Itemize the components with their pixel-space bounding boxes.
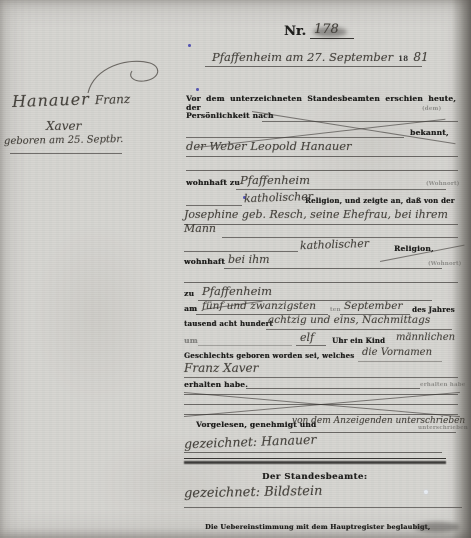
scanned-birth-record: Nr. 178 Pfaffenheim am 27. September 18 … xyxy=(0,0,471,538)
margin-name-line: Hanauer Franz xyxy=(12,88,131,111)
rule xyxy=(296,345,326,346)
form-standesbeamte: Der Standesbeamte: xyxy=(262,472,367,482)
separator-rule xyxy=(184,458,446,459)
rule xyxy=(184,414,458,415)
margin-forename: Franz xyxy=(95,92,131,107)
record-number-value: 178 xyxy=(314,22,339,37)
form-unterschrieben-small: unterschrieben xyxy=(418,425,468,431)
hw-birth-month: September xyxy=(344,300,402,312)
hw-declarant: der Weber Leopold Hanauer xyxy=(186,139,352,153)
rule xyxy=(186,137,404,138)
hw-birth-year: achtzig und eins, Nachmittags xyxy=(268,314,430,326)
paper-stain xyxy=(30,220,160,410)
hw-signature-registrar: gezeichnet: Bildstein xyxy=(184,484,323,501)
rule xyxy=(10,153,122,154)
hw-religion-2: katholischer xyxy=(300,237,369,252)
place-date-line: Pfaffenheim am 27. September 18 81 xyxy=(212,46,429,65)
margin-forename-2: Xaver xyxy=(46,119,81,133)
form-um: um xyxy=(184,336,198,345)
rule xyxy=(205,66,422,67)
form-wohnort-small-1: (Wohnort) xyxy=(426,181,460,187)
form-uhr-ein-kind: Uhr ein Kind xyxy=(332,336,385,345)
blue-ink-speck xyxy=(188,44,191,47)
rule xyxy=(198,345,292,346)
form-zu: zu xyxy=(184,289,194,298)
form-bekannt: bekannt, xyxy=(410,128,449,137)
hw-place-2: Pfaffenheim xyxy=(202,284,272,298)
rule xyxy=(184,282,458,283)
margin-birthdate: geboren am 25. Septbr. xyxy=(4,134,123,147)
form-tausend: tausend acht hundert xyxy=(184,319,273,328)
margin-surname: Hanauer xyxy=(12,89,90,111)
form-ten-small: ten xyxy=(330,307,341,313)
rule xyxy=(266,329,452,330)
hw-religion-1: katholischer xyxy=(244,190,313,205)
rule xyxy=(184,377,458,378)
form-geschlechts: Geschlechts geboren worden sei, welches xyxy=(184,351,354,360)
form-erhalten: erhalten habe. xyxy=(184,380,248,389)
rule xyxy=(186,205,242,206)
rule xyxy=(184,452,442,453)
rule xyxy=(186,156,458,157)
rule xyxy=(184,507,462,508)
blue-ink-speck xyxy=(196,88,199,91)
rule xyxy=(184,224,458,225)
form-wohnhaft-zu: wohnhaft zu xyxy=(186,178,240,187)
rule xyxy=(246,388,420,389)
printed-century: 18 xyxy=(398,54,408,63)
form-religion-zeigte: Religion, und zeigte an, daß von der xyxy=(305,196,455,205)
hw-birth-time: elf xyxy=(300,331,314,344)
hw-mother-line-1: Josephine geb. Resch, seine Ehefrau, bei… xyxy=(184,208,448,221)
year-handwritten: 81 xyxy=(413,50,428,64)
form-wohnort-small-2: (Wohnort) xyxy=(428,261,462,267)
footer-certification: Die Uebereinstimmung mit dem Hauptregist… xyxy=(205,523,430,531)
rule xyxy=(184,251,298,252)
hw-mother-line-2: Mann xyxy=(184,222,216,235)
rule xyxy=(186,170,458,171)
rule xyxy=(358,361,442,362)
hw-place-1: Pfaffenheim xyxy=(240,173,310,187)
form-known-small: (dem) xyxy=(422,106,441,112)
rule xyxy=(236,189,446,190)
heavy-separator-bar xyxy=(184,461,446,464)
record-number-label: Nr. xyxy=(284,24,306,39)
form-wohnhaft-2: wohnhaft xyxy=(184,257,225,266)
form-intro-line: Vor dem unterzeichneten Standesbeamten e… xyxy=(186,94,456,112)
hw-gender: männlichen xyxy=(396,332,455,343)
page-edge-shadow xyxy=(451,0,471,538)
place-date-handwritten: Pfaffenheim am 27. September xyxy=(212,50,393,64)
rule xyxy=(310,38,354,39)
rule xyxy=(224,268,442,269)
form-des-jahres: des Jahres xyxy=(412,305,455,314)
form-am: am xyxy=(184,304,197,313)
hw-signature-declarant: gezeichnet: Hanauer xyxy=(184,432,317,452)
hw-vornamen: die Vornamen xyxy=(362,347,432,358)
paper-fleck xyxy=(424,490,428,494)
form-erhalten-small: erhalten habe xyxy=(420,382,466,388)
ink-smudge xyxy=(414,522,460,532)
hw-child-name: Franz Xaver xyxy=(184,361,258,375)
hw-bei-ihm: bei ihm xyxy=(228,253,270,266)
